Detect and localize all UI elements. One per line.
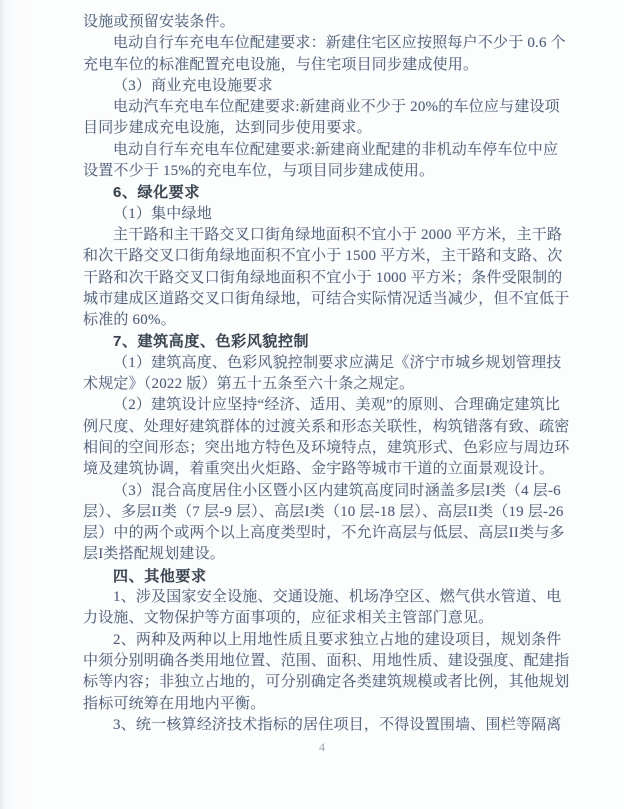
text-line: 层I类搭配规划建设。 <box>83 544 561 565</box>
text-line: 层）中的两个或两个以上高度类型时，不允许高层与低层、高层II类与多 <box>83 523 561 544</box>
text-line: 电动自行车充电车位配建要求:新建商业配建的非机动车停车位中应 <box>83 140 561 161</box>
text-line: （2）建筑设计应坚持“经济、适用、美观”的原则、合理确定建筑比 <box>83 395 561 416</box>
text-line: 标等内容；非独立占地的，可分别确定各类建筑规模或者比例，其他规划 <box>83 672 561 693</box>
text-line: 设施或预留安装条件。 <box>83 12 561 33</box>
text-line: 境及建筑协调，着重突出火炬路、金宇路等城市干道的立面景观设计。 <box>83 459 561 480</box>
text-line: 例尺度、处理好建筑群体的过渡关系和形态关联性，构筑错落有致、疏密 <box>83 417 561 438</box>
text-line: 和次干路交叉口街角绿地面积不宜小于 1500 平方米，主干路和支路、次 <box>83 246 561 267</box>
text-line: 目同步建成充电设施，达到同步使用要求。 <box>83 118 561 139</box>
text-line: 城市建成区道路交叉口街角绿地，可结合实际情况适当减少，但不宜低于 <box>83 289 561 310</box>
scanned-document-page: 设施或预留安装条件。电动自行车充电车位配建要求：新建住宅区应按照每户不少于 0.… <box>0 0 624 809</box>
text-line: 力设施、文物保护等方面事项的，应征求相关主管部门意见。 <box>83 608 561 629</box>
section-heading: 7、建筑高度、色彩风貌控制 <box>83 331 561 352</box>
text-line: 设置不少于 15%的充电车位，与项目同步建成使用。 <box>83 161 561 182</box>
text-line: 主干路和主干路交叉口街角绿地面积不宜小于 2000 平方米，主干路 <box>83 225 561 246</box>
text-line: 术规定》（2022 版）第五十五条至六十条之规定。 <box>83 374 561 395</box>
text-line: （3）商业充电设施要求 <box>83 76 561 97</box>
text-line: 电动自行车充电车位配建要求：新建住宅区应按照每户不少于 0.6 个 <box>83 33 561 54</box>
text-line: 相间的空间形态；突出地方特色及环境特点，建筑形式、色彩应与周边环 <box>83 438 561 459</box>
text-line: 充电车位的标准配置充电设施，与住宅项目同步建成使用。 <box>83 55 561 76</box>
text-line: 层）、多层II类（7 层-9 层）、高层I类（10 层-18 层）、高层II类（… <box>83 502 561 523</box>
text-line: （1）建筑高度、色彩风貌控制要求应满足《济宁市城乡规划管理技 <box>83 353 561 374</box>
document-text-block: 设施或预留安装条件。电动自行车充电车位配建要求：新建住宅区应按照每户不少于 0.… <box>83 12 561 736</box>
text-line: 2、两种及两种以上用地性质且要求独立占地的建设项目，规划条件 <box>83 630 561 651</box>
section-heading: 四、其他要求 <box>83 566 561 587</box>
text-line: （1）集中绿地 <box>83 204 561 225</box>
text-line: （3）混合高度居住小区暨小区内建筑高度同时涵盖多层I类（4 层-6 <box>83 481 561 502</box>
page-number: 4 <box>83 740 561 755</box>
text-line: 标准的 60%。 <box>83 310 561 331</box>
text-line: 电动汽车充电车位配建要求:新建商业不少于 20%的车位应与建设项 <box>83 97 561 118</box>
section-heading: 6、绿化要求 <box>83 182 561 203</box>
text-line: 指标可统筹在用地内平衡。 <box>83 694 561 715</box>
text-line: 干路和次干路交叉口街角绿地面积不宜小于 1000 平方米；条件受限制的 <box>83 268 561 289</box>
text-line: 1、涉及国家安全设施、交通设施、机场净空区、燃气供水管道、电 <box>83 587 561 608</box>
text-line: 中须分别明确各类用地位置、范围、面积、用地性质、建设强度、配建指 <box>83 651 561 672</box>
text-line: 3、统一核算经济技术指标的居住项目，不得设置围墙、围栏等隔离 <box>83 715 561 736</box>
